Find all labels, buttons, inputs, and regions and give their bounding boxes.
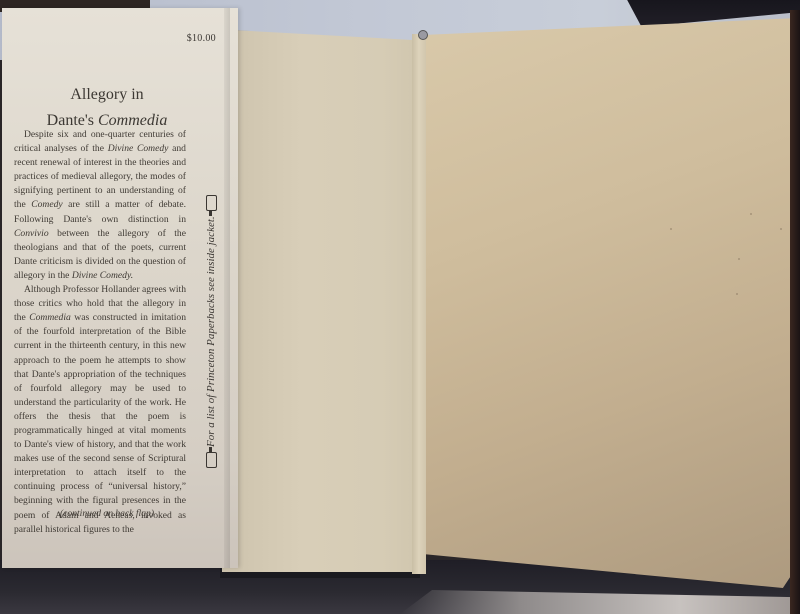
- blurb-paragraph: Although Professor Hollander agrees with…: [14, 283, 186, 537]
- foxing-spot: [670, 228, 672, 230]
- price-label: $10.00: [187, 33, 216, 44]
- title-roman: Dante's: [47, 112, 98, 129]
- blurb-paragraph: Despite six and one-quarter centuries of…: [14, 128, 186, 283]
- book-title: Allegory in Dante's Commedia: [2, 82, 212, 134]
- flap-fold-shadow: [224, 8, 230, 568]
- foxing-spot: [738, 258, 740, 260]
- background-dark-right: [790, 10, 800, 614]
- vertical-note: For a list of Princeton Paperbacks see i…: [205, 148, 223, 468]
- book-gutter: [412, 34, 426, 574]
- book-front-endpaper: [222, 24, 422, 572]
- foxing-spot: [750, 213, 752, 215]
- hinge-clip-icon: [418, 30, 428, 40]
- vertical-note-text: For a list of Princeton Paperbacks see i…: [205, 216, 217, 447]
- continued-note: (continued on back flap): [2, 508, 212, 519]
- foxing-spot: [736, 293, 738, 295]
- foxing-spot: [780, 228, 782, 230]
- pointing-hand-icon: [206, 195, 217, 211]
- book-right-page: [420, 18, 798, 588]
- title-italic: Commedia: [98, 112, 167, 129]
- flap-blurb: Despite six and one-quarter centuries of…: [14, 128, 186, 537]
- title-line-1: Allegory in: [2, 82, 212, 108]
- pointing-hand-icon: [206, 452, 217, 468]
- dust-jacket-flap: $10.00 Allegory in Dante's Commedia Desp…: [2, 8, 238, 568]
